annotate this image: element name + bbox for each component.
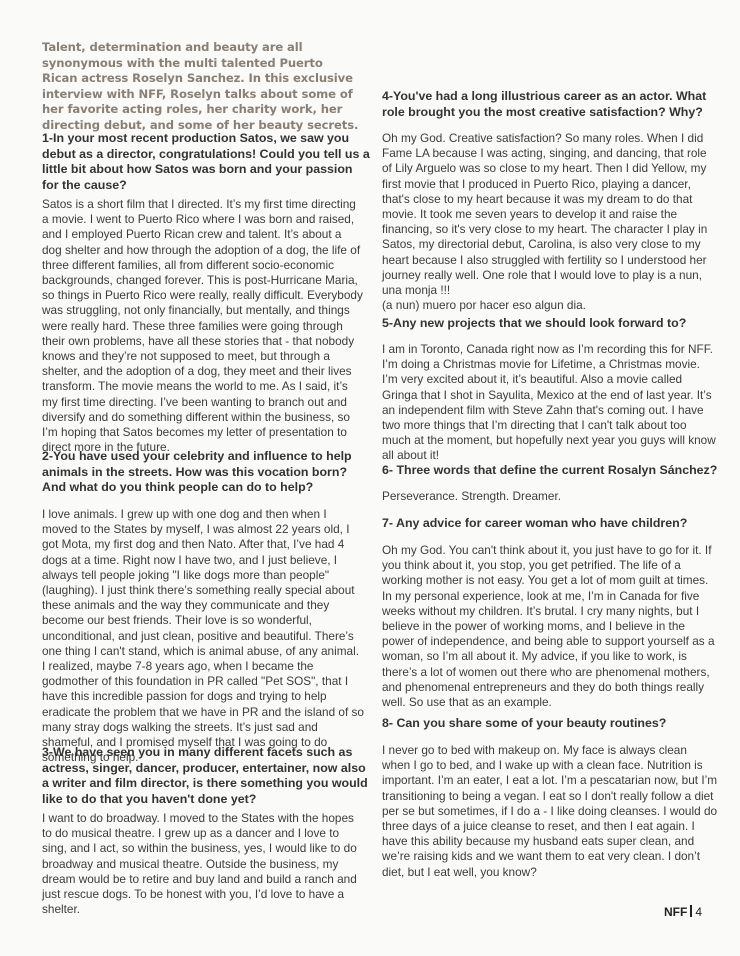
answer-5: I am in Toronto, Canada right now as I’m…: [382, 342, 718, 464]
question-7: 7- Any advice for career woman who have …: [382, 516, 722, 532]
answer-3: I want to do broadway. I moved to the St…: [42, 811, 364, 917]
footer-brand: NFF: [664, 905, 687, 919]
question-3: 3-We have seen you in many different fac…: [42, 745, 372, 807]
question-2: 2-You have used your celebrity and influ…: [42, 449, 372, 496]
question-6: 6- Three words that define the current R…: [382, 463, 722, 479]
intro-paragraph: Talent, determination and beauty are all…: [42, 40, 362, 134]
answer-7: Oh my God. You can't think about it, you…: [382, 543, 718, 710]
question-4: 4-You've had a long illustrious career a…: [382, 89, 722, 120]
answer-8: I never go to bed with makeup on. My fac…: [382, 743, 718, 880]
answer-1: Satos is a short film that I directed. I…: [42, 197, 364, 455]
answer-2: I love animals. I grew up with one dog a…: [42, 507, 364, 765]
footer-divider: [690, 905, 692, 917]
question-8: 8- Can you share some of your beauty rou…: [382, 716, 722, 732]
question-1: 1-In your most recent production Satos, …: [42, 131, 372, 193]
answer-6: Perseverance. Strength. Dreamer.: [382, 489, 718, 504]
page-number: 4: [695, 905, 702, 919]
answer-4: Oh my God. Creative satisfaction? So man…: [382, 131, 718, 313]
question-5: 5-Any new projects that we should look f…: [382, 316, 722, 332]
page-footer: NFF4: [664, 905, 702, 919]
